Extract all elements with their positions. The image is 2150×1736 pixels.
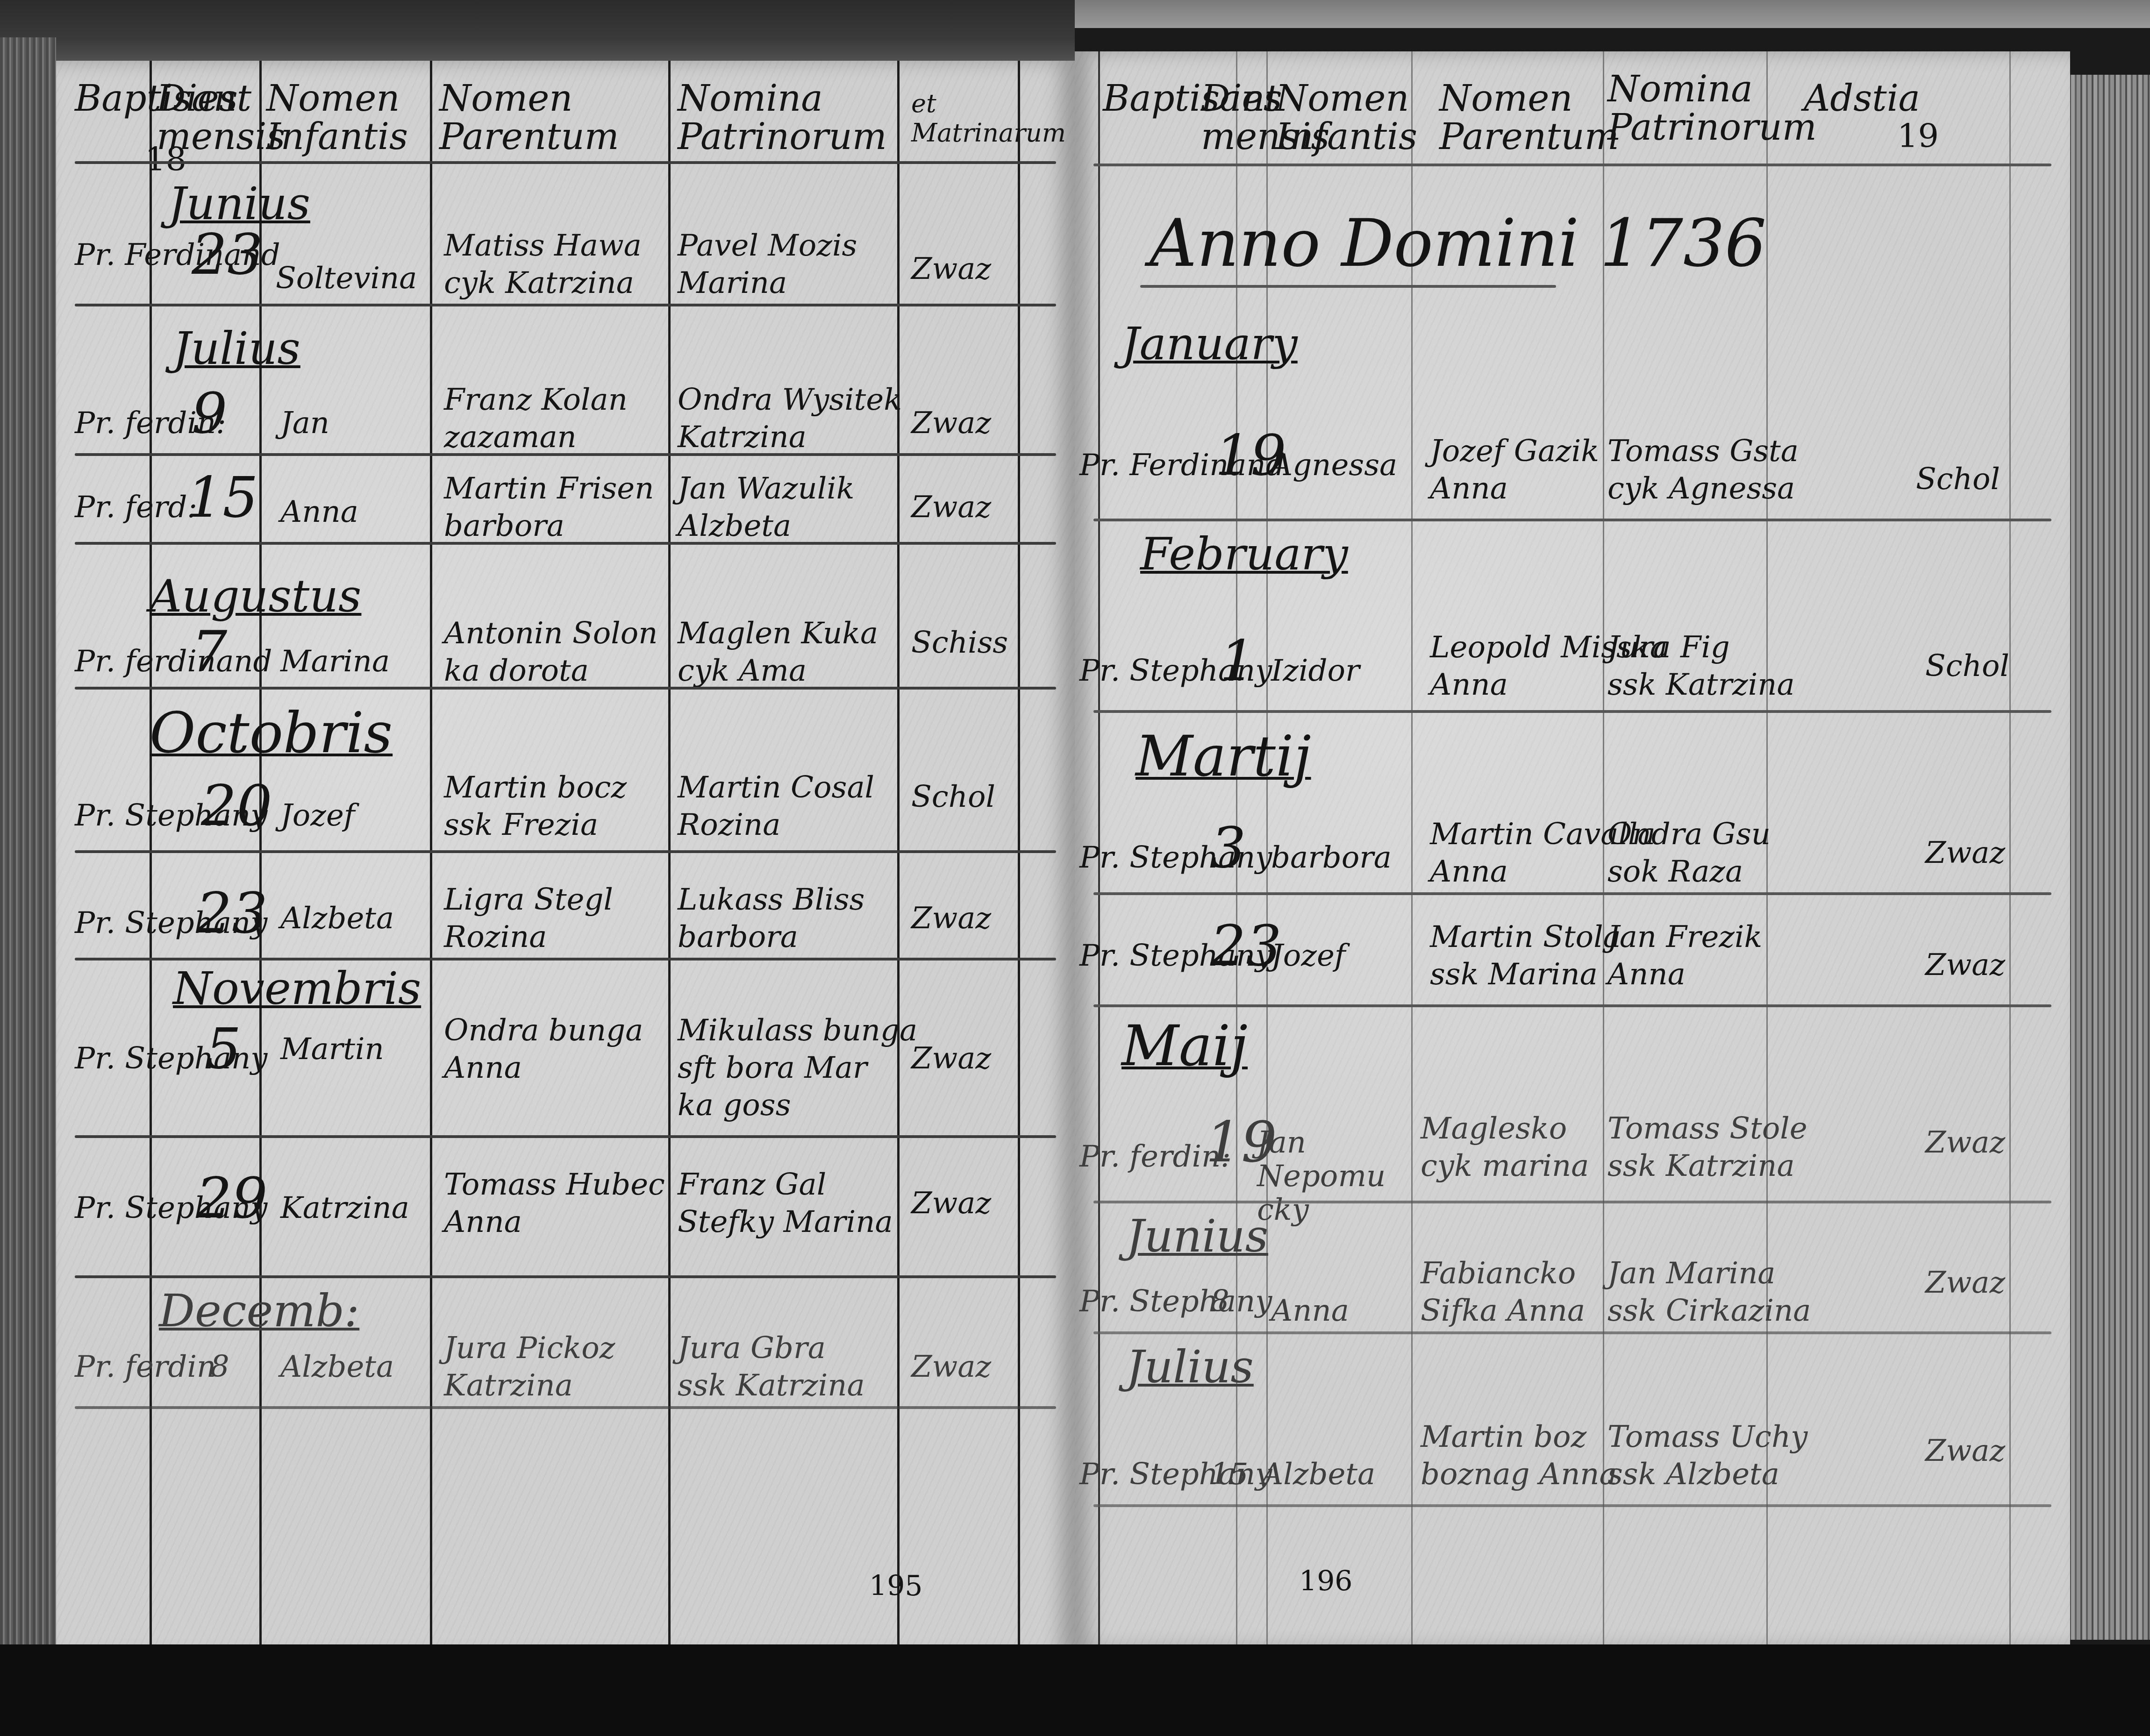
header-nomina-patrinorum: Nomina Patrinorum	[1607, 70, 1766, 147]
entry-note: Schol	[1925, 649, 2009, 683]
entry-godparent-1: Pavel Mozis	[678, 229, 857, 263]
header-nomina-patrinorum: Nomina Patrinorum	[678, 79, 893, 156]
entry-parent-2: Sifka Anna	[1421, 1294, 1585, 1328]
left-page-edges	[0, 37, 56, 1654]
entry-godparent-1: Tomass Stole	[1607, 1112, 1807, 1145]
right-page-edges	[2065, 75, 2150, 1640]
entry-infant: Anna	[280, 495, 358, 529]
entry-parent-2: Katrzina	[444, 1369, 573, 1402]
entry-godparent-1: Ondra Wysitek	[678, 383, 902, 417]
entry-godparent-2: Katrzina	[678, 420, 807, 454]
page-number: 196	[1299, 1565, 1353, 1598]
entry-note: Zwaz	[911, 491, 991, 524]
entry-godparent-2: ssk Cirkazina	[1607, 1294, 1811, 1328]
row-rule	[1093, 892, 2051, 895]
entry-parent-2: Anna	[1430, 855, 1508, 889]
entry-parent-2: Anna	[444, 1051, 522, 1085]
entry-note: Zwaz	[1925, 1434, 2005, 1468]
entry-parent-1: Franz Kolan	[444, 383, 628, 417]
entry-day: 8	[1210, 1285, 1229, 1318]
entry-godparent-2: ssk Katrzina	[1607, 668, 1795, 702]
entry-parent-1: Matiss Hawa	[444, 229, 642, 263]
entry-godparent-1: Jan Marina	[1607, 1257, 1776, 1290]
entry-infant: Izidor	[1271, 654, 1360, 688]
entry-note: Zwaz	[1925, 1126, 2005, 1160]
entry-infant: Martin	[280, 1032, 384, 1066]
entry-infant: Marina	[280, 645, 390, 678]
right-page: Baptisant Dies mensis Nomen Infantis Nom…	[1075, 51, 2070, 1649]
entry-godparent-3: ka goss	[678, 1089, 791, 1122]
entry-godparent-1: Jan Frezik	[1607, 920, 1762, 954]
column-rule	[430, 61, 432, 1658]
row-rule	[75, 453, 1056, 456]
month-heading: Novembris	[173, 962, 421, 1015]
entry-day: 15	[1210, 1458, 1248, 1491]
entry-note: Zwaz	[911, 902, 991, 935]
entry-day: 9	[192, 397, 227, 431]
header-nomen-parentum: Nomen Parentum	[1439, 79, 1598, 156]
entry-note: Zwaz	[1925, 1266, 2005, 1300]
entry-parent-1: Martin Stola	[1430, 920, 1621, 954]
entry-parent-2: Anna	[1430, 668, 1508, 702]
month-heading: Decemb:	[159, 1285, 359, 1337]
entry-godparent-2: cyk Ama	[678, 654, 807, 688]
header-nomen-infantis: Nomen Infantis	[1276, 79, 1416, 156]
entry-day: 3	[1210, 832, 1246, 865]
entry-infant: Alzbeta	[1262, 1458, 1375, 1491]
entry-parent-1: Martin Frisen	[444, 472, 654, 505]
entry-godparent-2: ssk Katrzina	[678, 1369, 865, 1402]
row-rule	[75, 850, 1056, 853]
entry-infant: barbora	[1271, 841, 1392, 875]
month-heading: Junius	[1126, 1210, 1268, 1262]
entry-day: 5	[206, 1032, 241, 1066]
row-rule	[1093, 1004, 2051, 1007]
entry-godparent-2: Alzbeta	[678, 509, 791, 543]
entry-godparent-1: Tomass Gsta	[1607, 434, 1799, 468]
entry-day: 20	[201, 790, 272, 823]
entry-note: Zwaz	[911, 406, 991, 440]
entry-parent-2: Rozina	[444, 920, 547, 954]
row-rule	[75, 1135, 1056, 1138]
column-rule	[2009, 51, 2011, 1649]
entry-godparent-2: ssk Katrzina	[1607, 1149, 1795, 1183]
column-rule	[1411, 51, 1413, 1649]
entry-infant: Jozef	[1271, 939, 1345, 973]
entry-godparent-1: Jura Gbra	[678, 1331, 826, 1365]
scan-background-top	[1075, 0, 2150, 28]
header-nomen-parentum: Nomen Parentum	[439, 79, 654, 156]
entry-baptisant: Pr. ferdin	[75, 1350, 216, 1384]
row-rule	[1093, 1201, 2051, 1203]
header-adstia: Adstia	[1804, 79, 1920, 118]
entry-infant: Agnessa	[1271, 448, 1397, 482]
entry-infant: Alzbeta	[280, 902, 394, 935]
entry-parent-1: Fabiancko	[1421, 1257, 1576, 1290]
month-heading: Martij	[1136, 724, 1311, 789]
month-heading: Augustus	[150, 570, 361, 622]
row-rule	[75, 958, 1056, 960]
month-heading: Octobris	[150, 701, 393, 766]
entry-godparent-2: Marina	[678, 266, 787, 300]
header-nomen-infantis: Nomen Infantis	[266, 79, 425, 156]
entry-infant: Alzbeta	[280, 1350, 394, 1384]
entry-godparent-1: Martin Cosal	[678, 771, 874, 804]
entry-parent-1: Ondra bunga	[444, 1014, 643, 1047]
entry-parent-1: Martin boz	[1421, 1420, 1586, 1454]
entry-godparent-2: Rozina	[678, 808, 780, 842]
entry-day: 15	[187, 481, 258, 515]
entry-note: Zwaz	[911, 1042, 991, 1075]
entry-godparent-2: cyk Agnessa	[1607, 472, 1795, 505]
entry-godparent-1: Jura Fig	[1607, 631, 1730, 664]
entry-infant: Soltevina	[276, 262, 417, 295]
entry-note: Zwaz	[911, 1350, 991, 1384]
entry-godparent-1: Maglen Kuka	[678, 617, 878, 650]
entry-note: Schol	[911, 780, 995, 814]
month-heading: January	[1121, 318, 1298, 370]
entry-parent-2: ssk Marina	[1430, 958, 1598, 991]
row-rule	[75, 542, 1056, 545]
row-rule	[1093, 710, 2051, 713]
entry-godparent-2: sok Raza	[1607, 855, 1743, 889]
entry-godparent-1: Franz Gal	[678, 1168, 826, 1202]
entry-parent-1: Maglesko	[1421, 1112, 1567, 1145]
entry-day: 23	[192, 238, 263, 272]
entry-infant: Jan Nepomu cky	[1257, 1126, 1411, 1227]
entry-parent-2: boznag Anna	[1421, 1458, 1617, 1491]
entry-note: Zwaz	[1925, 948, 2005, 982]
row-rule	[75, 1275, 1056, 1278]
entry-note: Zwaz	[911, 1187, 991, 1220]
entry-godparent-1: Jan Wazulik	[678, 472, 854, 505]
row-rule	[75, 687, 1056, 690]
row-rule	[1093, 519, 2051, 521]
year-heading: Anno Domini 1736	[1150, 206, 1766, 282]
page-gutter-rule	[1018, 61, 1020, 1658]
folio-number: 19	[1897, 117, 1939, 155]
entry-godparent-2: ssk Alzbeta	[1607, 1458, 1779, 1491]
entry-baptisant: Pr. ferdinand	[75, 645, 272, 678]
entry-day: 29	[196, 1182, 268, 1216]
entry-infant: Anna	[1271, 1294, 1349, 1328]
column-rule	[150, 61, 152, 1658]
header-rule	[1093, 164, 2051, 166]
book-cover-top	[0, 0, 1075, 65]
entry-infant: Jan	[280, 406, 329, 440]
entry-parent-2: cyk Katrzina	[444, 266, 634, 300]
entry-note: Zwaz	[911, 252, 991, 286]
entry-parent-1: Jozef Gazik	[1430, 434, 1599, 468]
left-page: Baptisant Dies mensis Nomen Infantis Nom…	[56, 61, 1075, 1658]
column-rule	[897, 61, 900, 1658]
entry-parent-2: ka dorota	[444, 654, 589, 688]
row-rule	[1093, 1331, 2051, 1334]
entry-godparent-2: barbora	[678, 920, 798, 954]
entry-parent-2: ssk Frezia	[444, 808, 598, 842]
entry-parent-2: Anna	[1430, 472, 1508, 505]
month-heading: Julius	[1126, 1341, 1254, 1393]
entry-parent-1: Antonin Solon	[444, 617, 658, 650]
header-matrinarum: et Matrinarum	[911, 89, 1014, 148]
entry-godparent-1: Tomass Uchy	[1607, 1420, 1807, 1454]
month-heading: Maij	[1121, 1014, 1248, 1079]
entry-godparent-2: Stefky Marina	[678, 1205, 893, 1239]
scan-background-bottom	[0, 1644, 2150, 1736]
folio-number: 18	[145, 140, 186, 178]
entry-infant: Katrzina	[280, 1191, 409, 1225]
entry-note: Schol	[1916, 462, 2000, 496]
entry-parent-2: barbora	[444, 509, 564, 543]
row-rule	[1093, 1504, 2051, 1507]
entry-note: Zwaz	[1925, 836, 2005, 870]
entry-note: Schiss	[911, 626, 1008, 660]
entry-day: 23	[196, 897, 268, 931]
entry-godparent-2: sft bora Mar	[678, 1051, 867, 1085]
entry-godparent-2: Anna	[1607, 958, 1686, 991]
entry-parent-1: Jura Pickoz	[444, 1331, 615, 1365]
header-rule	[75, 161, 1056, 164]
month-heading: February	[1140, 528, 1348, 580]
entry-day: 8	[210, 1350, 229, 1384]
entry-godparent-1: Lukass Bliss	[678, 883, 864, 917]
entry-godparent-1: Mikulass bunga	[678, 1014, 917, 1047]
entry-parent-2: Anna	[444, 1205, 522, 1239]
row-rule	[75, 1406, 1056, 1409]
page-number: 195	[869, 1570, 923, 1602]
entry-parent-2: cyk marina	[1421, 1149, 1589, 1183]
entry-baptisant: Pr. Stephany	[1079, 1285, 1272, 1318]
entry-day: 7	[192, 635, 227, 669]
row-rule	[75, 304, 1056, 306]
entry-parent-2: zazaman	[444, 420, 577, 454]
column-rule	[259, 61, 262, 1658]
year-underline	[1140, 285, 1556, 288]
header-baptisant: Baptisant	[1103, 79, 1196, 118]
entry-parent-1: Ligra Stegl	[444, 883, 613, 917]
month-heading: Julius	[173, 322, 300, 375]
entry-parent-1: Martin bocz	[444, 771, 627, 804]
entry-infant: Jozef	[280, 799, 355, 832]
entry-baptisant: Pr. ferd:	[75, 491, 197, 524]
entry-day: 1	[1220, 645, 1255, 678]
entry-parent-1: Tomass Hubec	[444, 1168, 665, 1202]
entry-godparent-1: Ondra Gsu	[1607, 818, 1771, 851]
column-rule	[668, 61, 671, 1658]
